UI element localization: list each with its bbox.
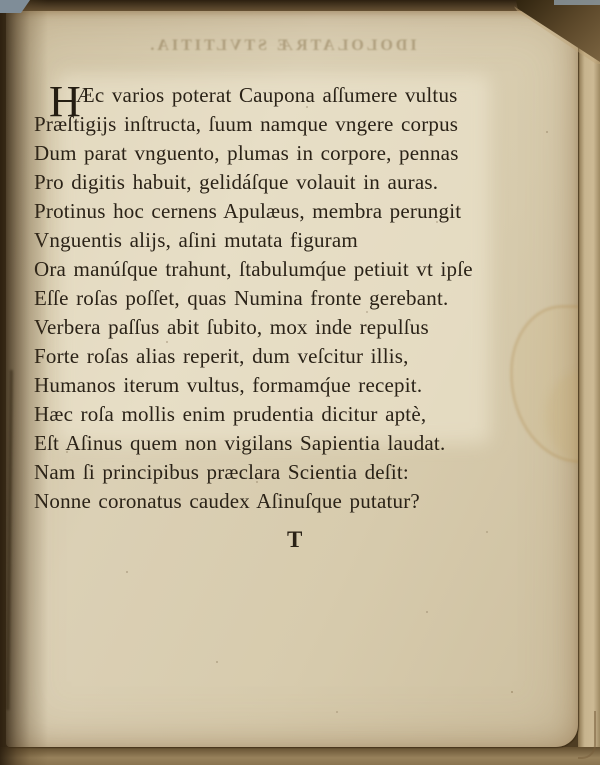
poem-line: Protinus hoc cernens Apulæus, membra per… xyxy=(34,197,473,226)
underlying-page-corner xyxy=(578,711,596,759)
poem-line: Nonne coronatus caudex Aſinuſque putatur… xyxy=(34,487,473,516)
drop-cap-initial: H xyxy=(49,84,81,120)
poem-line: Præſtigijs inſtructa, ſuum namque vngere… xyxy=(34,110,473,139)
poem-line: Æc varios poterat Caupona aſſumere vultu… xyxy=(34,81,473,110)
book-page: IDOLOLATRÆ STVLTITIA. H Æc varios potera… xyxy=(6,11,578,747)
poem-text-block: H Æc varios poterat Caupona aſſumere vul… xyxy=(34,81,473,516)
signature-mark: T xyxy=(287,527,302,553)
bleedthrough-heading: IDOLOLATRÆ STVLTITIA. xyxy=(114,37,450,55)
poem-line: Verbera paſſus abit ſubito, mox inde rep… xyxy=(34,313,473,342)
poem-line: Forte roſas alias reperit, dum veſcitur … xyxy=(34,342,473,371)
poem-line: Pro digitis habuit, gelidáſque volauit i… xyxy=(34,168,473,197)
poem-line: Ora manúſque trahunt, ſtabulumq́ue petiu… xyxy=(34,255,473,284)
poem-line: Hæc roſa mollis enim prudentia dicitur a… xyxy=(34,400,473,429)
poem-line: Vnguentis alijs, aſini mutata figuram xyxy=(34,226,473,255)
book-bottom-edge xyxy=(0,747,600,765)
poem-line: Eſt Aſinus quem non vigilans Sapientia l… xyxy=(34,429,473,458)
page-edges-right xyxy=(578,8,600,765)
poem-line: Nam ſi principibus præclara Scientia deſ… xyxy=(34,458,473,487)
background-corner-right xyxy=(554,0,600,5)
poem-line: Dum parat vnguento, plumas in corpore, p… xyxy=(34,139,473,168)
poem-line-text: Æc varios poterat Caupona aſſumere vultu… xyxy=(76,83,458,107)
book-photo: IDOLOLATRÆ STVLTITIA. H Æc varios potera… xyxy=(0,0,600,765)
poem-line: Eſſe roſas poſſet, quas Numina fronte ge… xyxy=(34,284,473,313)
poem-line: Humanos iterum vultus, formamq́ue recepi… xyxy=(34,371,473,400)
